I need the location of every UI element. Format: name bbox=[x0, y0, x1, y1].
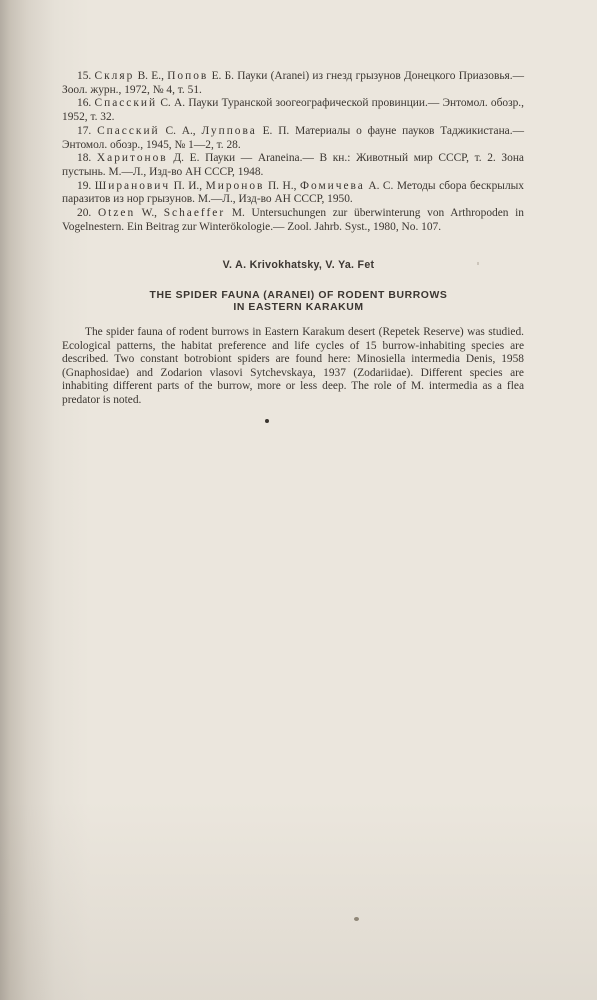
paper-speck bbox=[354, 917, 359, 921]
reference-number: 15. bbox=[77, 70, 91, 82]
reference-author: Попов bbox=[167, 70, 208, 82]
reference-item-15: 15. Скляр В. Е., Попов Е. Б. Пауки (Aran… bbox=[62, 70, 524, 97]
reference-list: 15. Скляр В. Е., Попов Е. Б. Пауки (Aran… bbox=[62, 70, 524, 234]
reference-item-19: 19. Ширанович П. И., Миронов П. Н., Фоми… bbox=[62, 180, 524, 207]
reference-author: Спасский bbox=[97, 125, 160, 137]
reference-author: Скляр bbox=[95, 70, 135, 82]
reference-item-17: 17. Спасский С. А., Луппова Е. П. Матери… bbox=[62, 125, 524, 152]
reference-number: 18. bbox=[77, 152, 91, 164]
reference-initials: С. А., bbox=[160, 125, 202, 137]
reference-author: Ширанович bbox=[95, 180, 170, 192]
reference-author: Фомичева bbox=[300, 180, 365, 192]
reference-author: Otzen bbox=[98, 207, 135, 219]
article-title-line-1: THE SPIDER FAUNA (ARANEI) OF RODENT BURR… bbox=[0, 290, 597, 302]
reference-initials: П. И., bbox=[170, 180, 206, 192]
reference-item-16: 16. Спасский С. А. Пауки Туранской зооге… bbox=[62, 97, 524, 124]
reference-author: Миронов bbox=[206, 180, 265, 192]
reference-number: 16. bbox=[77, 97, 91, 109]
reference-number: 19. bbox=[77, 180, 91, 192]
reference-initials: W., bbox=[135, 207, 164, 219]
reference-number: 20. bbox=[77, 207, 91, 219]
paper-speck bbox=[477, 262, 479, 265]
reference-author: Спасский bbox=[95, 97, 158, 109]
article-abstract: The spider fauna of rodent burrows in Ea… bbox=[62, 326, 524, 407]
reference-initials: В. Е., bbox=[134, 70, 167, 82]
reference-number: 17. bbox=[77, 125, 91, 137]
reference-author: Харитонов bbox=[97, 152, 168, 164]
article-title-line-2: IN EASTERN KARAKUM bbox=[0, 302, 597, 314]
reference-author: Schaeffer bbox=[164, 207, 225, 219]
article-authors: V. A. Krivokhatsky, V. Ya. Fet bbox=[0, 259, 597, 271]
article-title: THE SPIDER FAUNA (ARANEI) OF RODENT BURR… bbox=[0, 290, 597, 315]
reference-author: Луппова bbox=[201, 125, 256, 137]
reference-item-20: 20. Otzen W., Schaeffer M. Untersuchunge… bbox=[62, 207, 524, 234]
reference-initials: П. Н., bbox=[264, 180, 300, 192]
section-end-bullet-icon bbox=[265, 419, 269, 423]
reference-item-18: 18. Харитонов Д. Е. Пауки — Araneina.— В… bbox=[62, 152, 524, 179]
